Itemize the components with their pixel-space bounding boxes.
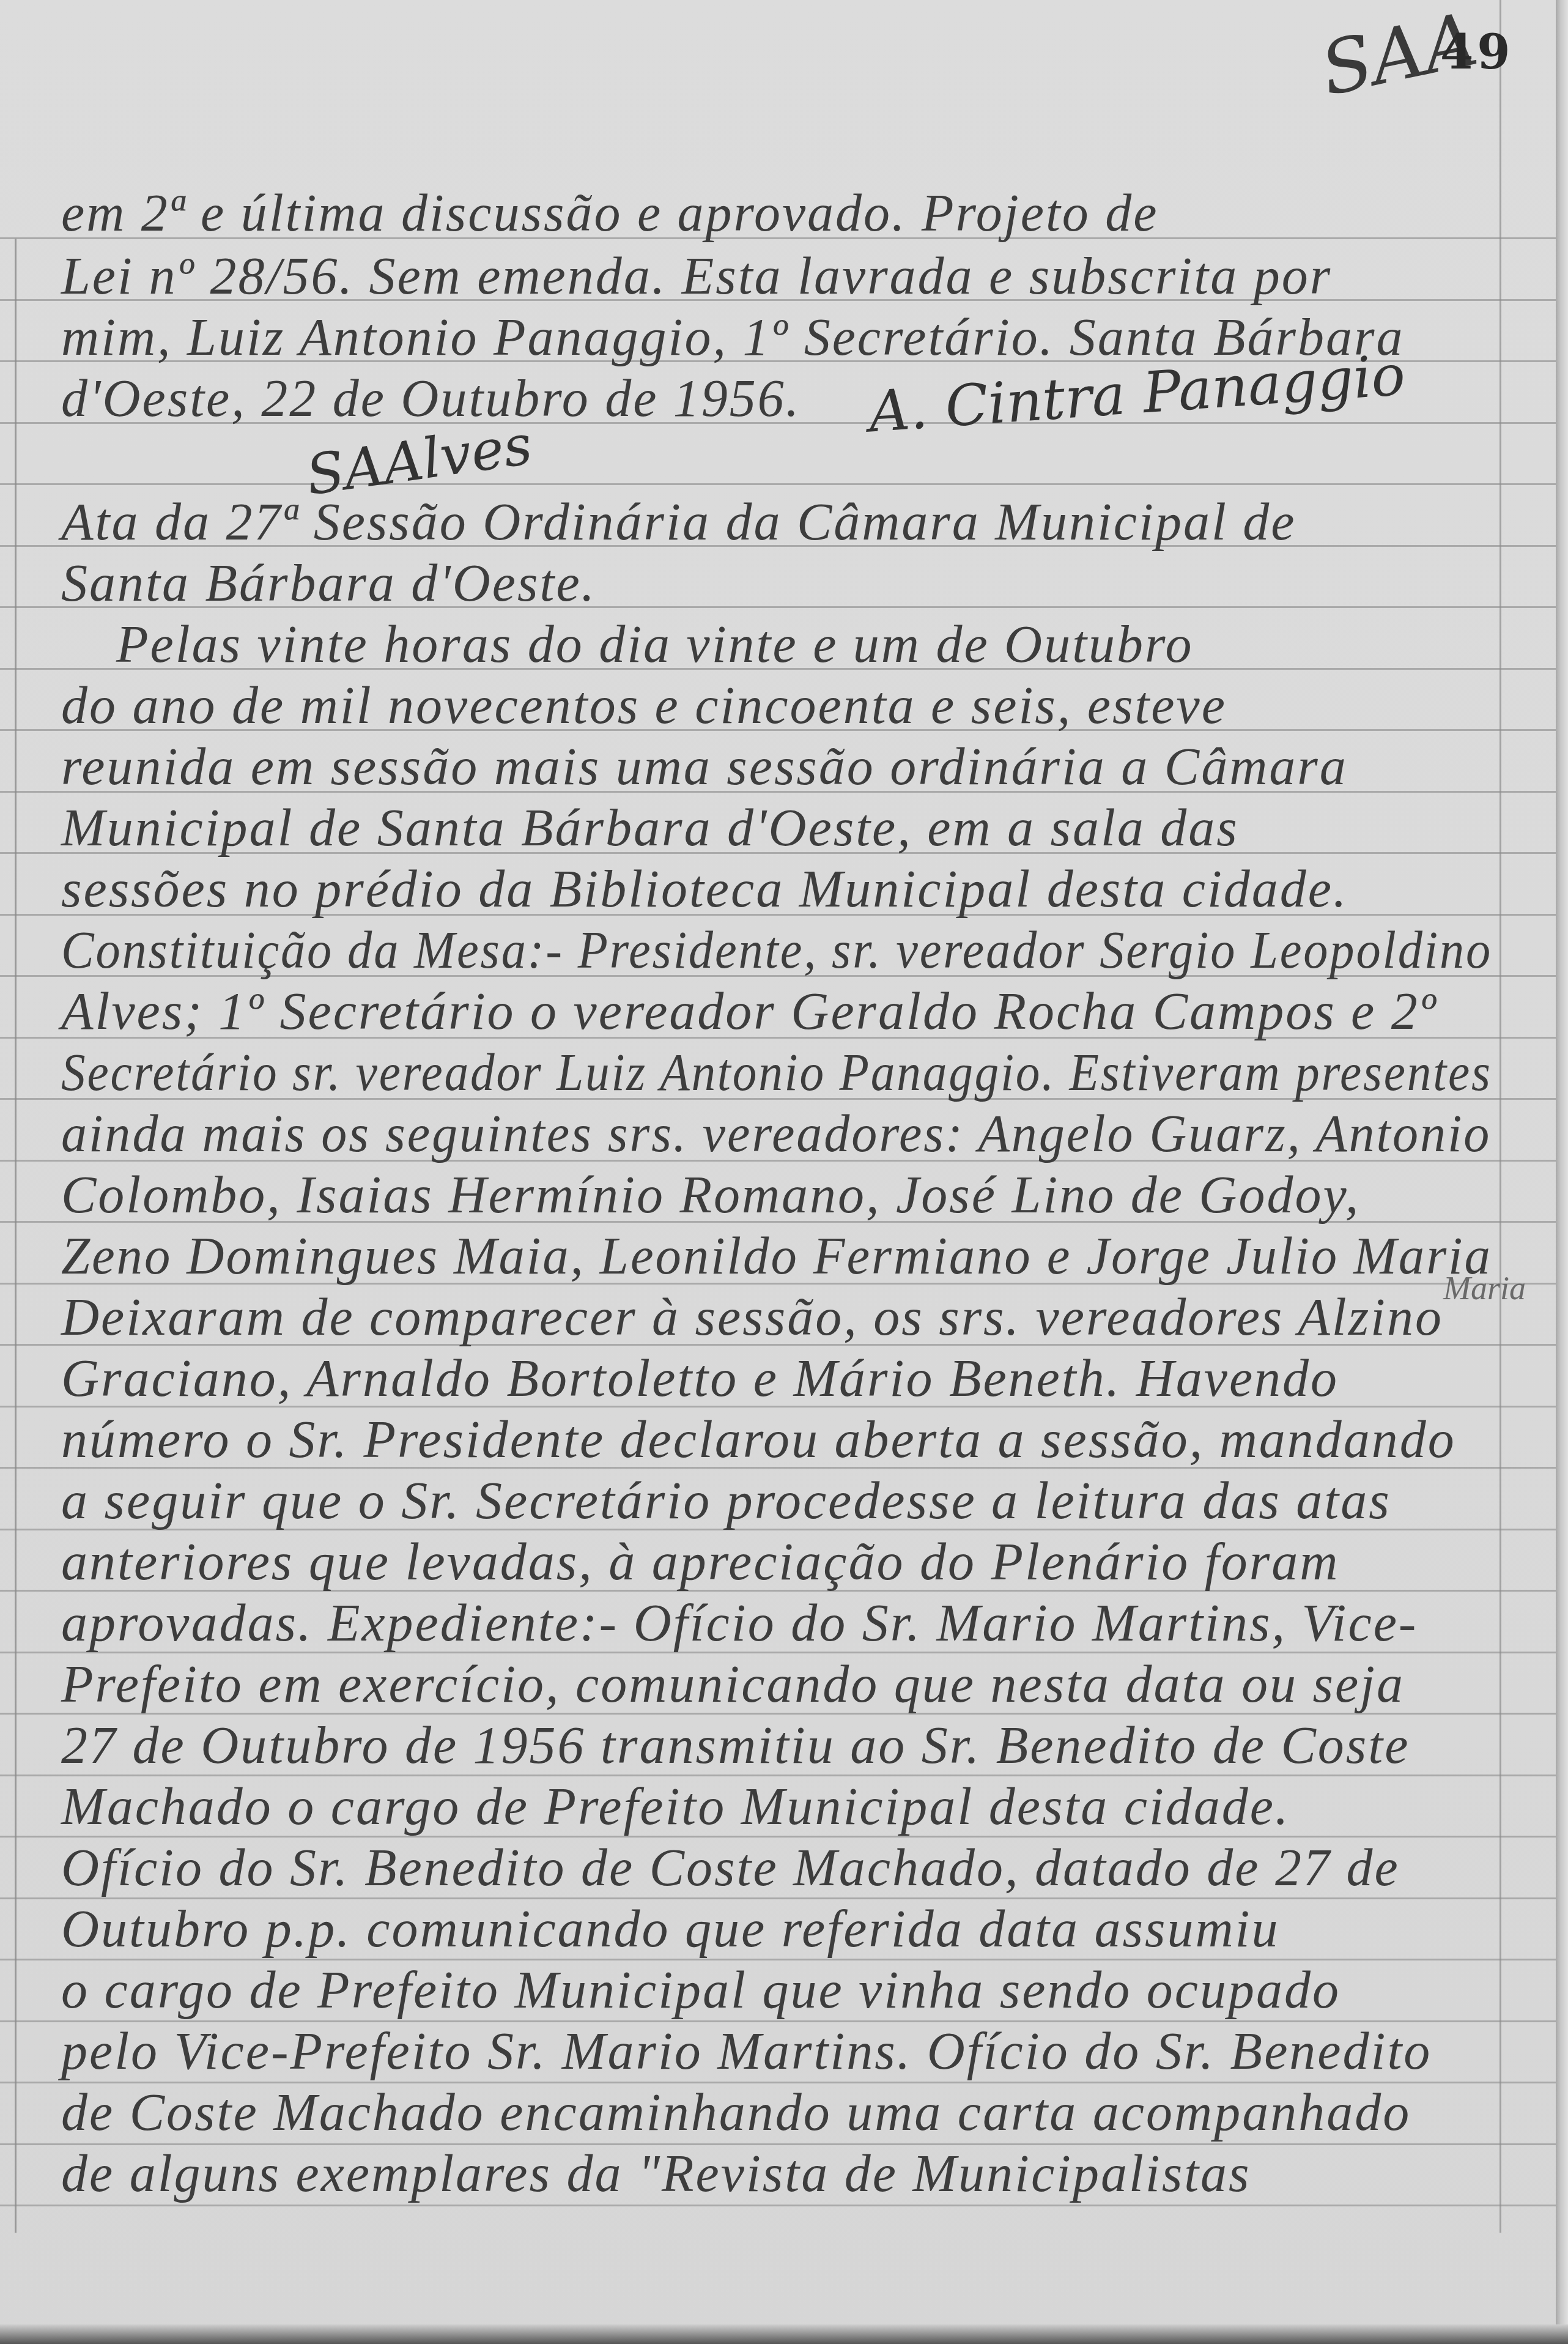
page-bottom-edge	[0, 2324, 1568, 2344]
text-line: Municipal de Santa Bárbara d'Oeste, em a…	[61, 801, 1239, 854]
text-line: Alves; 1º Secretário o vereador Geraldo …	[61, 985, 1437, 1037]
text-line: Ofício do Sr. Benedito de Coste Machado,…	[61, 1841, 1400, 1894]
left-margin-line	[15, 239, 17, 2233]
text-line: Machado o cargo de Prefeito Municipal de…	[61, 1780, 1290, 1833]
manuscript-page: SAA 49 em 2ª e última discussão e aprova…	[0, 0, 1568, 2344]
text-line: de Coste Machado encaminhando uma carta …	[61, 2086, 1411, 2138]
text-line: número o Sr. Presidente declarou aberta …	[61, 1413, 1456, 1466]
text-line: sessões no prédio da Biblioteca Municipa…	[61, 862, 1348, 915]
text-line: Zeno Domingues Maia, Leonildo Fermiano e…	[61, 1229, 1492, 1282]
page-number: 49	[1440, 24, 1514, 80]
text-line: Secretário sr. vereador Luiz Antonio Pan…	[61, 1046, 1492, 1099]
ruled-line	[0, 483, 1558, 485]
text-line: 27 de Outubro de 1956 transmitiu ao Sr. …	[61, 1719, 1410, 1771]
margin-note: Maria	[1443, 1269, 1526, 1307]
text-line: do ano de mil novecentos e cincoenta e s…	[61, 679, 1227, 732]
text-line: anteriores que levadas, à apreciação do …	[61, 1535, 1339, 1588]
text-line: Colombo, Isaias Hermínio Romano, José Li…	[61, 1168, 1360, 1221]
ruled-line	[0, 1775, 1558, 1776]
text-line: Outubro p.p. comunicando que referida da…	[61, 1902, 1280, 1955]
text-line: a seguir que o Sr. Secretário procedesse…	[61, 1474, 1391, 1527]
text-line: Prefeito em exercício, comunicando que n…	[61, 1658, 1405, 1710]
text-line: Graciano, Arnaldo Bortoletto e Mário Ben…	[61, 1352, 1339, 1404]
minutes-title-line: Ata da 27ª Sessão Ordinária da Câmara Mu…	[61, 495, 1296, 548]
text-line: o cargo de Prefeito Municipal que vinha …	[61, 1964, 1341, 2016]
text-line: d'Oeste, 22 de Outubro de 1956.	[61, 372, 801, 425]
text-line: Deixaram de comparecer à sessão, os srs.…	[61, 1291, 1443, 1343]
minutes-title-line: Santa Bárbara d'Oeste.	[61, 557, 596, 609]
text-line: reunida em sessão mais uma sessão ordiná…	[61, 740, 1348, 793]
text-line: ainda mais os seguintes srs. vereadores:…	[61, 1107, 1491, 1160]
page-binding-edge	[1556, 0, 1568, 2344]
text-line: de alguns exemplares da "Revista de Muni…	[61, 2147, 1251, 2200]
text-line: Constituição da Mesa:- Presidente, sr. v…	[61, 924, 1492, 976]
text-line: Lei nº 28/56. Sem emenda. Esta lavrada e…	[61, 250, 1332, 302]
text-line: mim, Luiz Antonio Panaggio, 1º Secretári…	[61, 311, 1405, 363]
ruled-line	[0, 2205, 1558, 2206]
right-margin-line	[1500, 0, 1501, 2233]
ruled-line	[0, 1836, 1558, 1838]
text-line: em 2ª e última discussão e aprovado. Pro…	[61, 187, 1158, 239]
text-line: pelo Vice-Prefeito Sr. Mario Martins. Of…	[61, 2025, 1432, 2077]
text-line-expediente: aprovadas. Expediente:- Ofício do Sr. Ma…	[61, 1597, 1418, 1649]
text-line: Pelas vinte horas do dia vinte e um de O…	[116, 618, 1193, 670]
